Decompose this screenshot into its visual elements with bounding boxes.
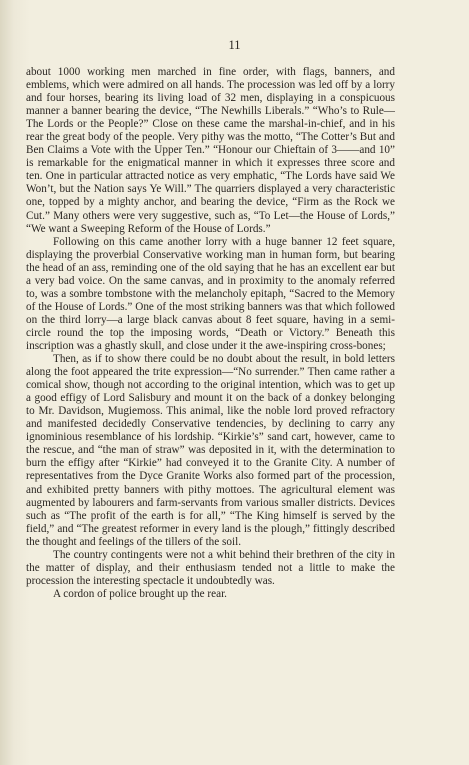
paragraph: about 1000 working men marched in fine o…: [26, 66, 395, 236]
paragraph: A cordon of police brought up the rear.: [26, 588, 395, 601]
document-page: 11 about 1000 working men marched in fin…: [0, 0, 469, 765]
page-number: 11: [0, 38, 469, 53]
paragraph: Following on this came another lorry wit…: [26, 236, 395, 353]
paragraph: The country contingents were not a whit …: [26, 549, 395, 588]
paragraph: Then, as if to show there could be no do…: [26, 353, 395, 549]
body-text: about 1000 working men marched in fine o…: [26, 66, 395, 601]
